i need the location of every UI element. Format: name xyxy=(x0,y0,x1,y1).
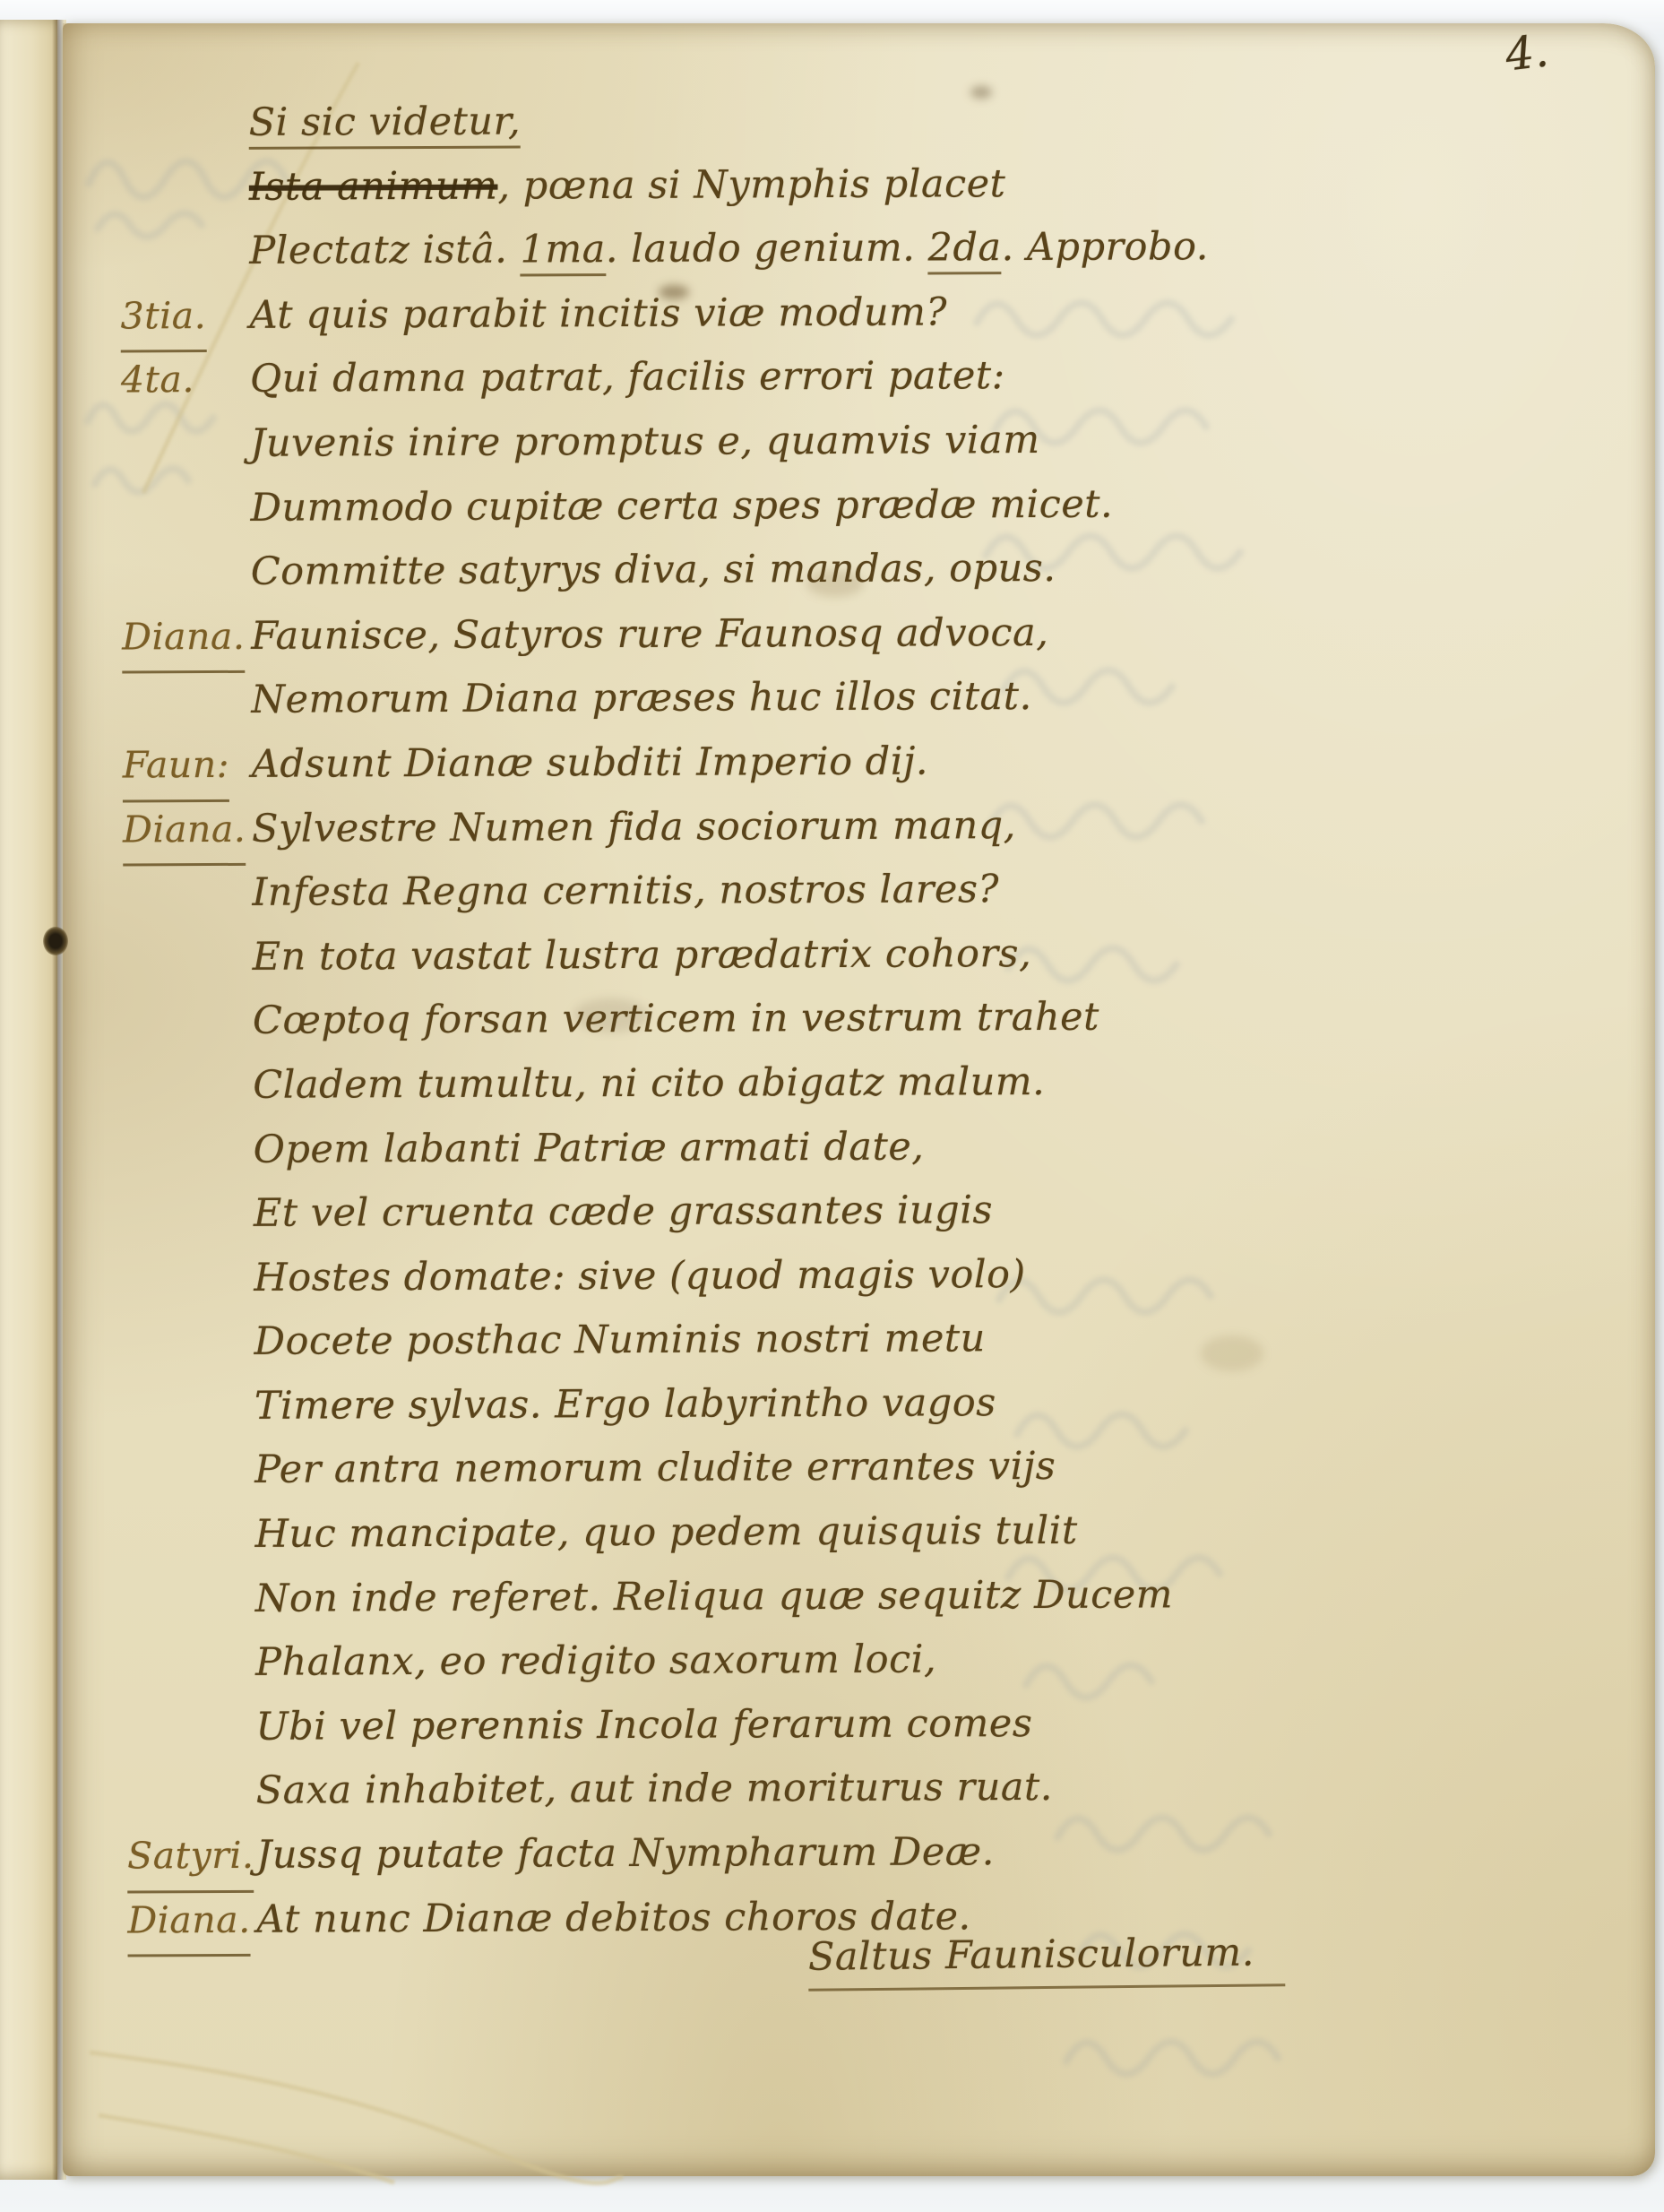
verse-text: Cladem tumultu, ni cito abigatz malum. xyxy=(253,1059,1045,1108)
text-line: Juvenis inire promptus e, quamvis viam xyxy=(0,406,1661,478)
verse-text: Infesta Regna cernitis, nostros lares? xyxy=(252,867,999,915)
text-line: Dummodo cupitæ certa spes prædæ micet. xyxy=(0,471,1662,542)
verse-text: Ista animum, pœna si Nymphis placet xyxy=(249,161,1006,210)
text-segment: Docete posthac Numinis nostri metu xyxy=(254,1317,985,1365)
text-line: Diana.Sylvestre Numen fida sociorum manq… xyxy=(0,791,1663,862)
text-segment: Timere sylvas. Ergo labyrintho vagos xyxy=(254,1380,996,1429)
text-line: En tota vastat lustra prædatrix cohors, xyxy=(0,920,1664,991)
text-line: Committe satyrys diva, si mandas, opus. xyxy=(0,534,1662,606)
text-segment: Dummodo cupitæ certa spes prædæ micet. xyxy=(250,481,1113,530)
verse-text: Cœptoq forsan verticem in vestrum trahet xyxy=(253,995,1099,1043)
strikethrough-text: Ista animum xyxy=(249,163,498,209)
text-segment: Faunisce, Satyros rure Faunosq advoca, xyxy=(251,610,1048,659)
text-segment: Ubi vel perennis Incola ferarum comes xyxy=(255,1701,1032,1750)
text-line: Plectatz istâ. 1ma. laudo genium. 2da. A… xyxy=(0,213,1660,285)
text-segment: Et vel cruenta cæde grassantes iugis xyxy=(254,1188,993,1236)
text-line: Nemorum Diana præses huc illos citat. xyxy=(0,662,1663,734)
text-segment: Huc mancipate, quo pedem quisquis tulit xyxy=(254,1508,1077,1557)
text-line: Et vel cruenta cæde grassantes iugis xyxy=(1,1176,1664,1248)
text-line: Opem labanti Patriæ armati date, xyxy=(0,1111,1664,1183)
verse-text: Hostes domate: sive (quod magis volo) xyxy=(254,1252,1026,1300)
verse-text: Phalanx, eo redigito saxorum loci, xyxy=(255,1637,936,1685)
text-line: Per antra nemorum cludite errantes vijs xyxy=(2,1432,1664,1504)
speaker-label: Diana. xyxy=(122,605,246,674)
text-line: Cladem tumultu, ni cito abigatz malum. xyxy=(0,1048,1664,1119)
verse-text: Ubi vel perennis Incola ferarum comes xyxy=(255,1701,1032,1750)
text-segment: Non inde referet. Reliqua quæ sequitz Du… xyxy=(255,1572,1173,1620)
text-line: Si sic videtur, xyxy=(0,85,1660,157)
underlined-text: 2da xyxy=(927,225,1001,274)
text-segment: Opem labanti Patriæ armati date, xyxy=(254,1124,925,1171)
text-segment: . Approbo. xyxy=(1001,224,1208,270)
speaker-label: 3tia. xyxy=(120,284,206,353)
text-line: Ubi vel perennis Incola ferarum comes xyxy=(3,1689,1664,1761)
verse-text: Si sic videtur, xyxy=(249,99,522,150)
text-line: Diana.Faunisce, Satyros rure Faunosq adv… xyxy=(0,599,1662,670)
speaker-label: Diana. xyxy=(127,1888,251,1957)
text-segment: Phalanx, eo redigito saxorum loci, xyxy=(255,1637,936,1685)
verse-text: Committe satyrys diva, si mandas, opus. xyxy=(251,546,1056,594)
text-segment: Committe satyrys diva, si mandas, opus. xyxy=(251,546,1056,594)
verse-text: Sylvestre Numen fida sociorum manq, xyxy=(252,803,1016,851)
text-line: 3tia.At quis parabit incitis viæ modum? xyxy=(0,278,1661,350)
speaker-label: 4ta. xyxy=(121,348,194,412)
verse-text: Non inde referet. Reliqua quæ sequitz Du… xyxy=(255,1572,1173,1620)
page-number: 4. xyxy=(1503,24,1551,81)
text-segment: Cladem tumultu, ni cito abigatz malum. xyxy=(253,1059,1045,1108)
verse-text: Per antra nemorum cludite errantes vijs xyxy=(254,1444,1056,1492)
text-line: Faun:Adsunt Dianæ subditi Imperio dij. xyxy=(0,727,1663,799)
text-line: 4ta.Qui damna patrat, facilis errori pat… xyxy=(0,341,1661,413)
verse-text: Timere sylvas. Ergo labyrintho vagos xyxy=(254,1380,996,1429)
crease-line xyxy=(72,2008,627,2187)
text-segment: . laudo genium. xyxy=(606,226,928,272)
text-line: Timere sylvas. Ergo labyrintho vagos xyxy=(2,1369,1664,1440)
text-segment: Hostes domate: sive (quod magis volo) xyxy=(254,1252,1026,1300)
underlined-text: 1ma xyxy=(520,227,606,276)
scene-title: Saltus Faunisculorum. xyxy=(808,1930,1286,1992)
text-line: Saxa inhabitet, aut inde moriturus ruat. xyxy=(4,1753,1664,1825)
verse-text: Opem labanti Patriæ armati date, xyxy=(254,1124,925,1171)
text-line: Cœptoq forsan verticem in vestrum trahet xyxy=(0,983,1664,1055)
text-line: Huc mancipate, quo pedem quisquis tulit xyxy=(2,1497,1664,1568)
verse-text: Dummodo cupitæ certa spes prædæ micet. xyxy=(250,481,1113,530)
text-line: Ista animum, pœna si Nymphis placet xyxy=(0,150,1660,221)
text-line: Phalanx, eo redigito saxorum loci, xyxy=(3,1625,1664,1697)
text-segment: , pœna si Nymphis placet xyxy=(497,161,1005,208)
verse-text: Et vel cruenta cæde grassantes iugis xyxy=(254,1188,993,1236)
verse-text: At quis parabit incitis viæ modum? xyxy=(249,289,947,337)
speaker-label: Diana. xyxy=(123,797,246,866)
text-segment: At quis parabit incitis viæ modum? xyxy=(249,289,947,337)
text-segment: Per antra nemorum cludite errantes vijs xyxy=(254,1444,1056,1492)
text-segment: Qui damna patrat, facilis errori patet: xyxy=(250,354,1005,402)
verse-text: Saxa inhabitet, aut inde moriturus ruat. xyxy=(256,1765,1053,1813)
text-line: Docete posthac Numinis nostri metu xyxy=(1,1304,1664,1376)
manuscript-text: Si sic videtur,Ista animum, pœna si Nymp… xyxy=(0,85,1664,1953)
text-line: Satyri.Jussq putate facta Nympharum Deæ. xyxy=(4,1818,1664,1889)
scanner-background: { "document": { "page_number": "4.", "fo… xyxy=(0,0,1664,2212)
text-segment: Adsunt Dianæ subditi Imperio dij. xyxy=(252,739,928,786)
speaker-label: Faun: xyxy=(123,733,230,802)
verse-text: Faunisce, Satyros rure Faunosq advoca, xyxy=(251,610,1048,659)
text-segment: Saxa inhabitet, aut inde moriturus ruat. xyxy=(256,1765,1053,1813)
text-line: Non inde referet. Reliqua quæ sequitz Du… xyxy=(3,1561,1664,1633)
text-segment: En tota vastat lustra prædatrix cohors, xyxy=(253,931,1032,980)
verse-text: Adsunt Dianæ subditi Imperio dij. xyxy=(252,739,928,786)
underlined-text: Si sic videtur, xyxy=(249,99,522,150)
verse-text: Qui damna patrat, facilis errori patet: xyxy=(250,354,1005,402)
text-segment: Cœptoq forsan verticem in vestrum trahet xyxy=(253,995,1099,1043)
verse-text: Juvenis inire promptus e, quamvis viam xyxy=(250,418,1040,466)
verse-text: En tota vastat lustra prædatrix cohors, xyxy=(253,931,1032,980)
text-segment: Juvenis inire promptus e, quamvis viam xyxy=(250,418,1040,466)
text-segment: Jussq putate facta Nympharum Deæ. xyxy=(256,1829,995,1878)
text-line: Hostes domate: sive (quod magis volo) xyxy=(1,1240,1664,1312)
verse-text: Jussq putate facta Nympharum Deæ. xyxy=(256,1829,995,1878)
text-segment: Plectatz istâ. xyxy=(249,228,521,273)
verse-text: Docete posthac Numinis nostri metu xyxy=(254,1317,985,1365)
speaker-label: Satyri. xyxy=(127,1824,254,1893)
verse-text: Huc mancipate, quo pedem quisquis tulit xyxy=(254,1508,1077,1557)
text-segment: Infesta Regna cernitis, nostros lares? xyxy=(252,867,999,915)
text-segment: Sylvestre Numen fida sociorum manq, xyxy=(252,803,1016,851)
verse-text: Plectatz istâ. 1ma. laudo genium. 2da. A… xyxy=(249,224,1209,276)
text-segment: Nemorum Diana præses huc illos citat. xyxy=(251,674,1031,722)
text-line: Infesta Regna cernitis, nostros lares? xyxy=(0,855,1664,927)
verse-text: Nemorum Diana præses huc illos citat. xyxy=(251,674,1031,722)
